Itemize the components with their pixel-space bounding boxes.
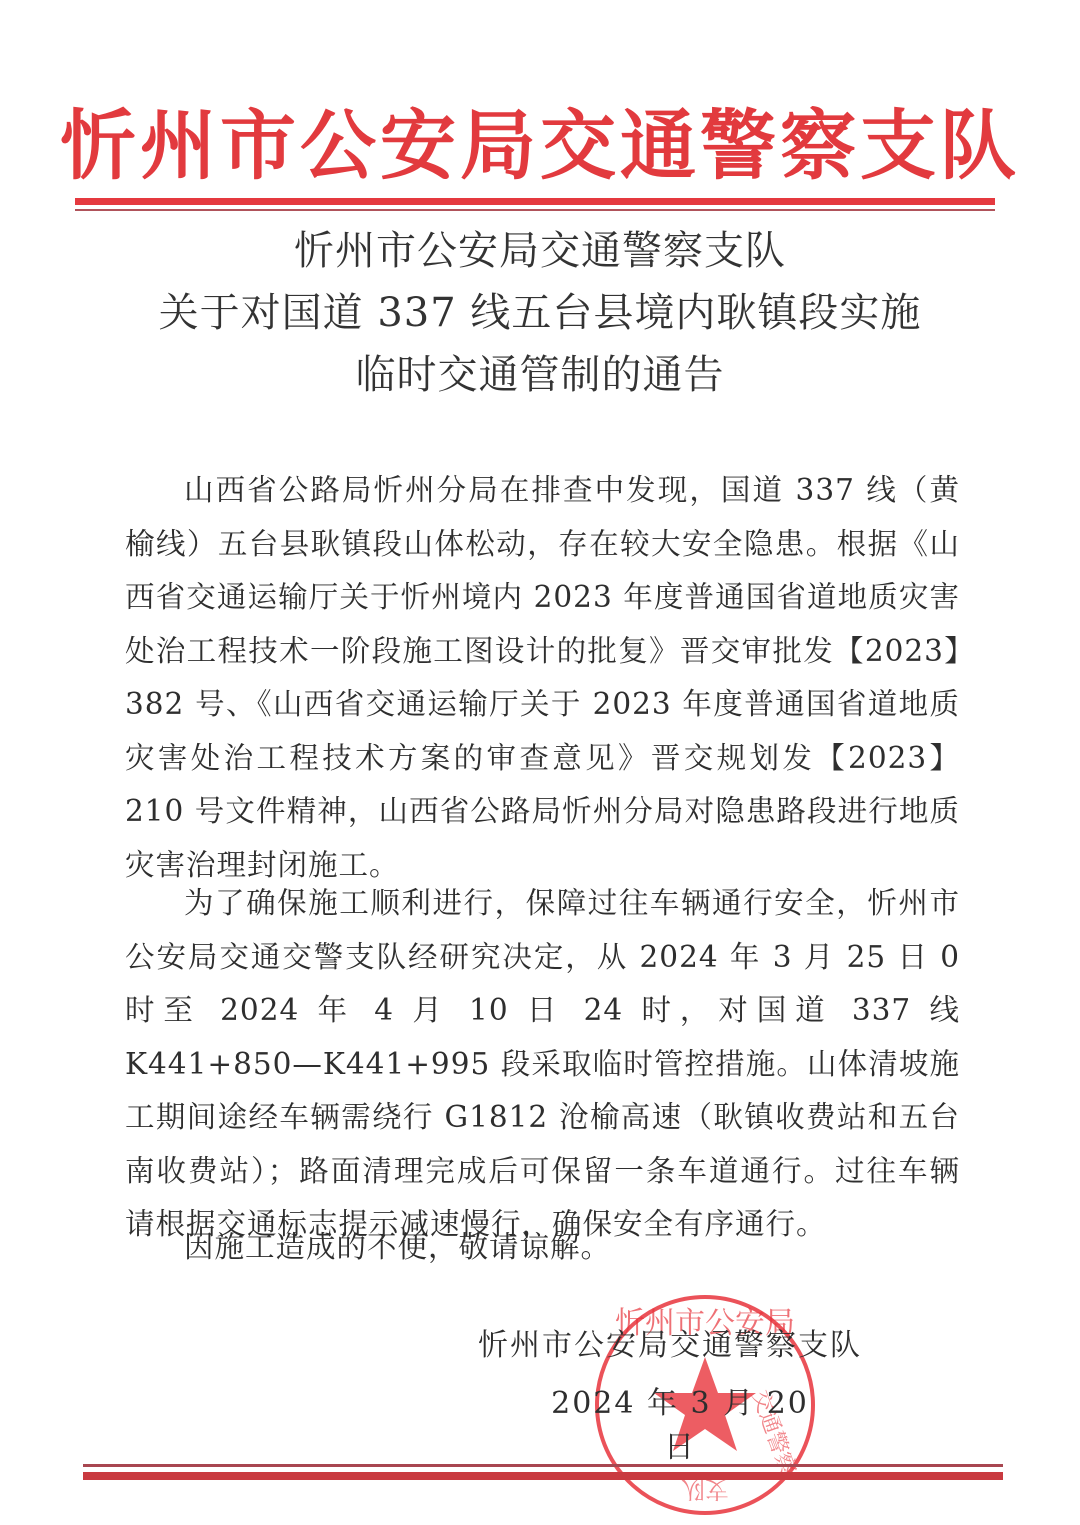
footer-divider-thick xyxy=(83,1472,1003,1480)
notice-title-line-2: 关于对国道 337 线五台县境内耿镇段实施 xyxy=(0,282,1080,344)
body-paragraph-1: 山西省公路局忻州分局在排查中发现，国道 337 线（黄榆线）五台县耿镇段山体松动… xyxy=(125,464,960,892)
paragraph-text: 因施工造成的不便，敬请谅解。 xyxy=(125,1221,960,1275)
paragraph-text: 为了确保施工顺利进行，保障过往车辆通行安全，忻州市公安局交通交警支队经研究决定，… xyxy=(125,877,960,1252)
signature-date: 2024 年 3 月 20 日 xyxy=(540,1378,820,1466)
header-divider-thick xyxy=(75,198,995,205)
body-paragraph-3: 因施工造成的不便，敬请谅解。 xyxy=(125,1221,960,1275)
notice-title-line-1: 忻州市公安局交通警察支队 xyxy=(0,220,1080,282)
paragraph-text: 山西省公路局忻州分局在排查中发现，国道 337 线（黄榆线）五台县耿镇段山体松动… xyxy=(125,464,960,892)
signature-organization: 忻州市公安局交通警察支队 xyxy=(460,1320,880,1364)
masthead-title: 忻州市公安局交通警察支队 xyxy=(0,96,1080,196)
body-paragraph-2: 为了确保施工顺利进行，保障过往车辆通行安全，忻州市公安局交通交警支队经研究决定，… xyxy=(125,877,960,1252)
footer-divider-thin xyxy=(83,1464,1003,1467)
header-divider-thin xyxy=(75,209,995,211)
notice-title-line-3: 临时交通管制的通告 xyxy=(0,344,1080,406)
